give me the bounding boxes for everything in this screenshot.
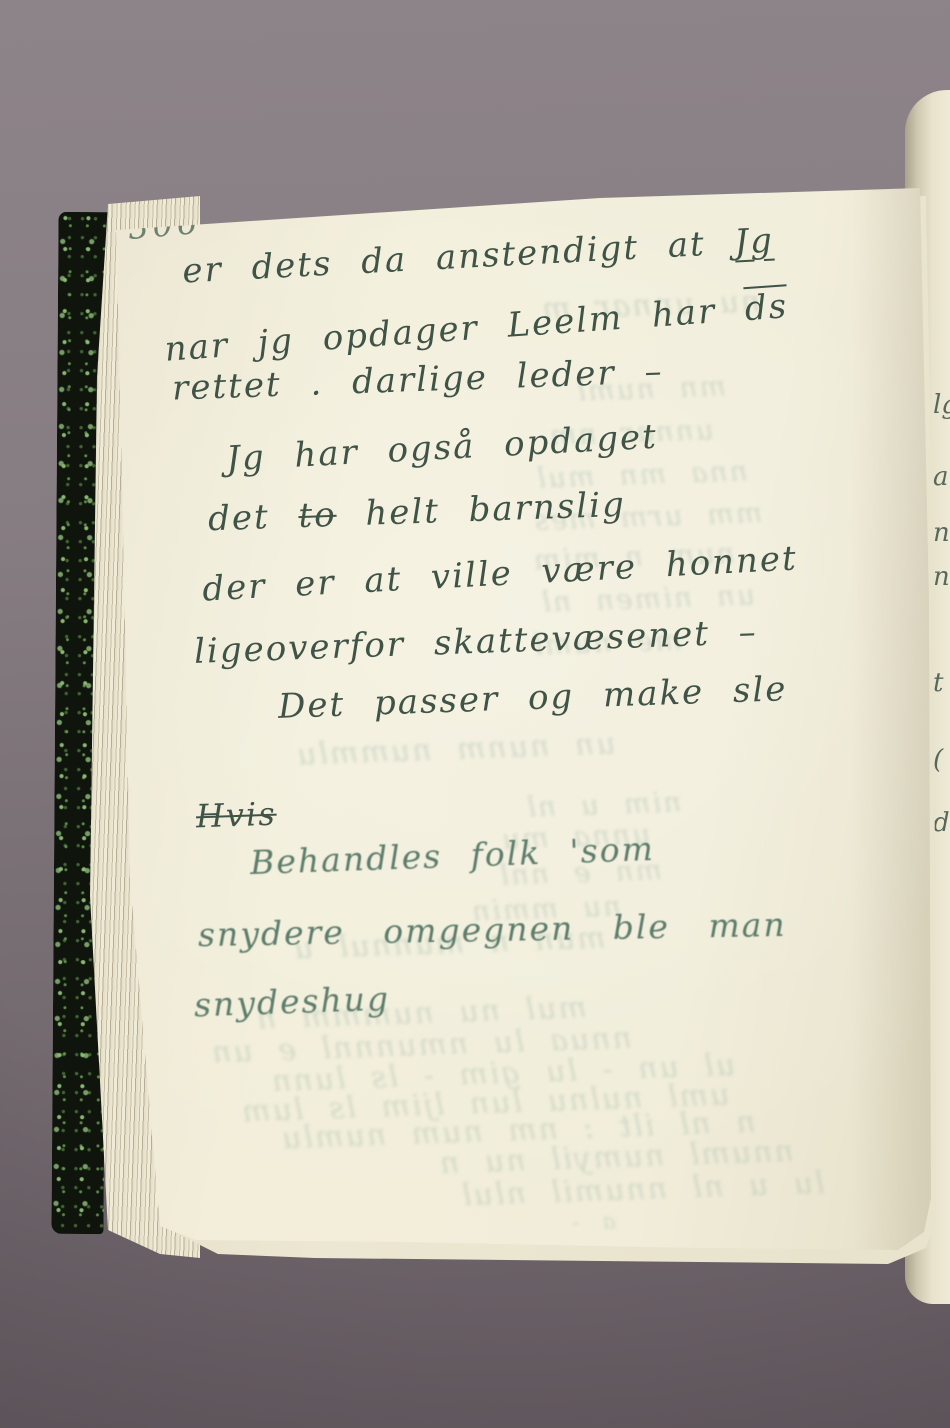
manuscript-page: 306 nu unnar m mn numl unnar nm nna mn m… (100, 180, 934, 1272)
handwriting-segment: Det passer og make sle (277, 669, 788, 727)
handwriting-segment: det (207, 496, 299, 539)
handwriting-segment-overlined: ds (743, 286, 789, 329)
facing-page-text-fragment: n (933, 518, 950, 548)
handwriting-segment: er dets da anstendigt at (181, 223, 735, 292)
handwriting-segment-struck: to (298, 495, 338, 536)
facing-page-text-fragment: d (933, 808, 950, 838)
ghost-showthrough-line: nim u nl (524, 785, 681, 823)
facing-page-text-fragment: lg (933, 390, 950, 420)
handwritten-line: snydeshug (193, 979, 390, 1025)
ghost-showthrough-line: a - (570, 1209, 616, 1236)
handwritten-line: ligeoverfor skattevæsenet – (193, 612, 758, 672)
handwritten-line: Hvis (195, 795, 277, 836)
handwritten-line: er dets da anstendigt at Jg (181, 221, 774, 292)
handwritten-line: Det passer og make sle (277, 669, 788, 727)
handwriting-segment: snydere omgegnen ble man (198, 905, 787, 954)
handwriting-segment-underlined: Jg (733, 221, 774, 263)
ghost-showthrough-line: un nunm nummlu (294, 726, 616, 772)
handwriting-segment: ligeoverfor skattevæsenet – (193, 612, 758, 672)
facing-page-text-fragment: a (933, 462, 949, 492)
manuscript-photo: lg a n n t ( d 306 nu unnar m mn numl un… (0, 0, 950, 1428)
facing-page-text-fragment: t (933, 668, 943, 698)
handwriting-segment: snydeshug (193, 979, 390, 1025)
handwritten-line: snydere omgegnen ble man (198, 905, 787, 954)
facing-page-text-fragment: n (933, 562, 950, 592)
handwriting-segment-struck: Hvis (195, 795, 277, 836)
